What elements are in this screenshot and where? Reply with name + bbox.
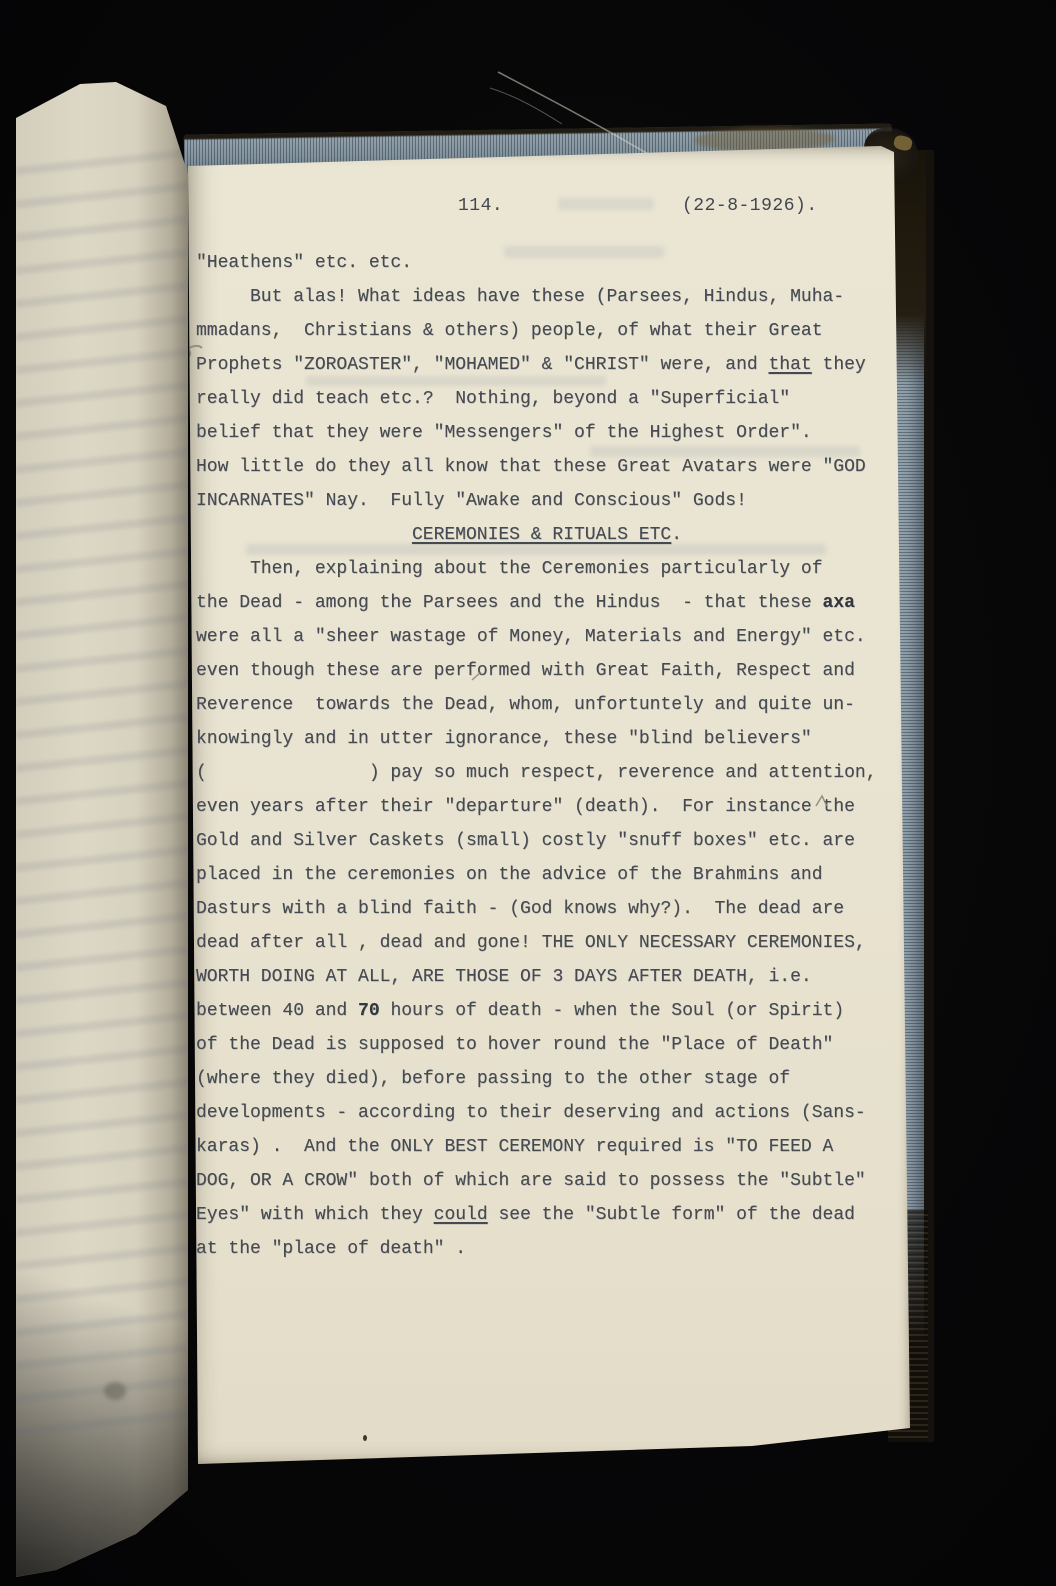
typed-line: Prophets "ZOROASTER", "MOHAMED" & "CHRIS…: [196, 348, 898, 382]
typed-line: Gold and Silver Caskets (small) costly "…: [196, 824, 898, 858]
typed-line: Eyes" with which they could see the "Sub…: [196, 1198, 898, 1232]
hair-fiber: [470, 58, 690, 188]
typed-line: "Heathens" etc. etc.: [196, 246, 898, 280]
typed-line: Then, explaining about the Ceremonies pa…: [196, 552, 898, 586]
typed-line: CEREMONIES & RITUALS ETC.: [196, 518, 898, 552]
typed-line: ( ) pay so much respect, reverence and a…: [196, 756, 898, 790]
typed-line: DOG, OR A CROW" both of which are said t…: [196, 1164, 898, 1198]
pencil-tick-mark: [470, 670, 484, 682]
page-date: (22-8-1926).: [682, 196, 818, 220]
dust-speck: [363, 1435, 367, 1441]
typed-line: even though these are performed with Gre…: [196, 654, 898, 688]
typed-line: WORTH DOING AT ALL, ARE THOSE OF 3 DAYS …: [196, 960, 898, 994]
bleed-through-streak: [558, 198, 654, 210]
turned-left-page: [16, 82, 188, 1577]
typed-line: between 40 and 70 hours of death - when …: [196, 994, 898, 1028]
typed-line: really did teach etc.? Nothing, beyond a…: [196, 382, 898, 416]
pencil-caret-mark: [814, 794, 830, 808]
typed-line: (where they died), before passing to the…: [196, 1062, 898, 1096]
page-number: 114.: [458, 196, 503, 220]
typed-line: INCARNATES" Nay. Fully "Awake and Consci…: [196, 484, 898, 518]
typed-lines: "Heathens" etc. etc. But alas! What idea…: [196, 246, 898, 1266]
typed-line: knowingly and in utter ignorance, these …: [196, 722, 898, 756]
typed-line: at the "place of death" .: [196, 1232, 898, 1266]
typed-line: developments - according to their deserv…: [196, 1096, 898, 1130]
typed-line: even years after their "departure" (deat…: [196, 790, 898, 824]
book-photograph: 114. (22-8-1926). "Heathens" etc. etc. B…: [0, 0, 1056, 1586]
typed-line: How little do they all know that these G…: [196, 450, 898, 484]
typed-line: Dasturs with a blind faith - (God knows …: [196, 892, 898, 926]
typed-line: karas) . And the ONLY BEST CEREMONY requ…: [196, 1130, 898, 1164]
bleed-through-text: [16, 142, 188, 1442]
typed-line: mmadans, Christians & others) people, of…: [196, 314, 898, 348]
typed-line: dead after all , dead and gone! THE ONLY…: [196, 926, 898, 960]
typed-line: But alas! What ideas have these (Parsees…: [196, 280, 898, 314]
manuscript-page: 114. (22-8-1926). "Heathens" etc. etc. B…: [186, 146, 910, 1464]
ink-smudge: [104, 1382, 126, 1400]
typed-line: placed in the ceremonies on the advice o…: [196, 858, 898, 892]
typed-line: Reverence towards the Dead, whom, unfort…: [196, 688, 898, 722]
typed-line: were all a "sheer wastage of Money, Mate…: [196, 620, 898, 654]
typed-line: belief that they were "Messengers" of th…: [196, 416, 898, 450]
typed-line: the Dead - among the Parsees and the Hin…: [196, 586, 898, 620]
typed-line: of the Dead is supposed to hover round t…: [196, 1028, 898, 1062]
